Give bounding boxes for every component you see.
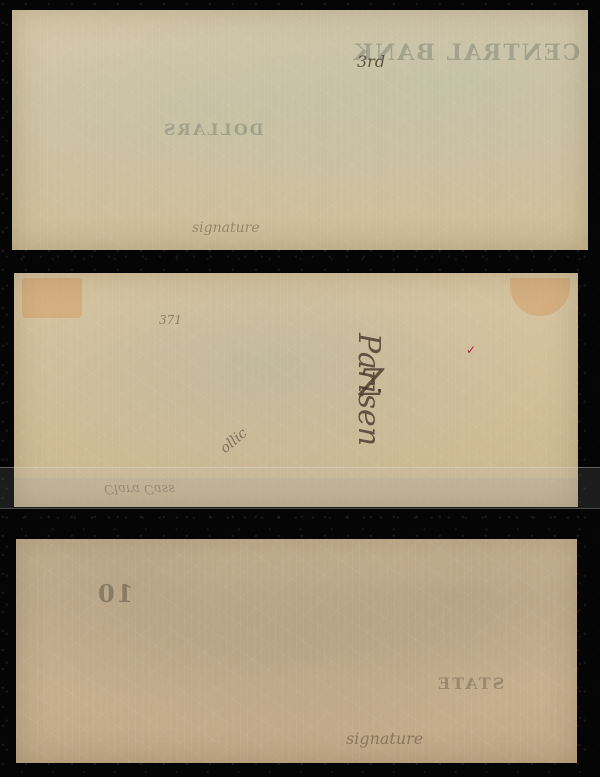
handwritten-letter: Z	[359, 363, 384, 404]
handwritten-name: Parisen	[351, 333, 386, 446]
pencil-mark: ollic	[217, 425, 250, 456]
faint-print: STATE	[436, 674, 504, 693]
check-mark: ✓	[466, 343, 476, 357]
faint-print: 10	[96, 579, 133, 608]
banknote-top: CENTRAL BANK DOLLARS 3rd signature	[12, 10, 588, 250]
signature: signature	[192, 220, 260, 236]
handwritten-mark: 3rd	[357, 52, 385, 71]
banknote-bottom: 10 STATE signature	[16, 539, 577, 763]
signature: signature	[346, 729, 423, 748]
tape-stain	[510, 278, 570, 316]
tape-stain	[22, 278, 82, 318]
protective-tape	[0, 467, 600, 509]
faint-print: DOLLARS	[162, 120, 264, 139]
handwritten-number: 371	[159, 313, 182, 327]
faint-print: CENTRAL BANK	[352, 40, 580, 66]
